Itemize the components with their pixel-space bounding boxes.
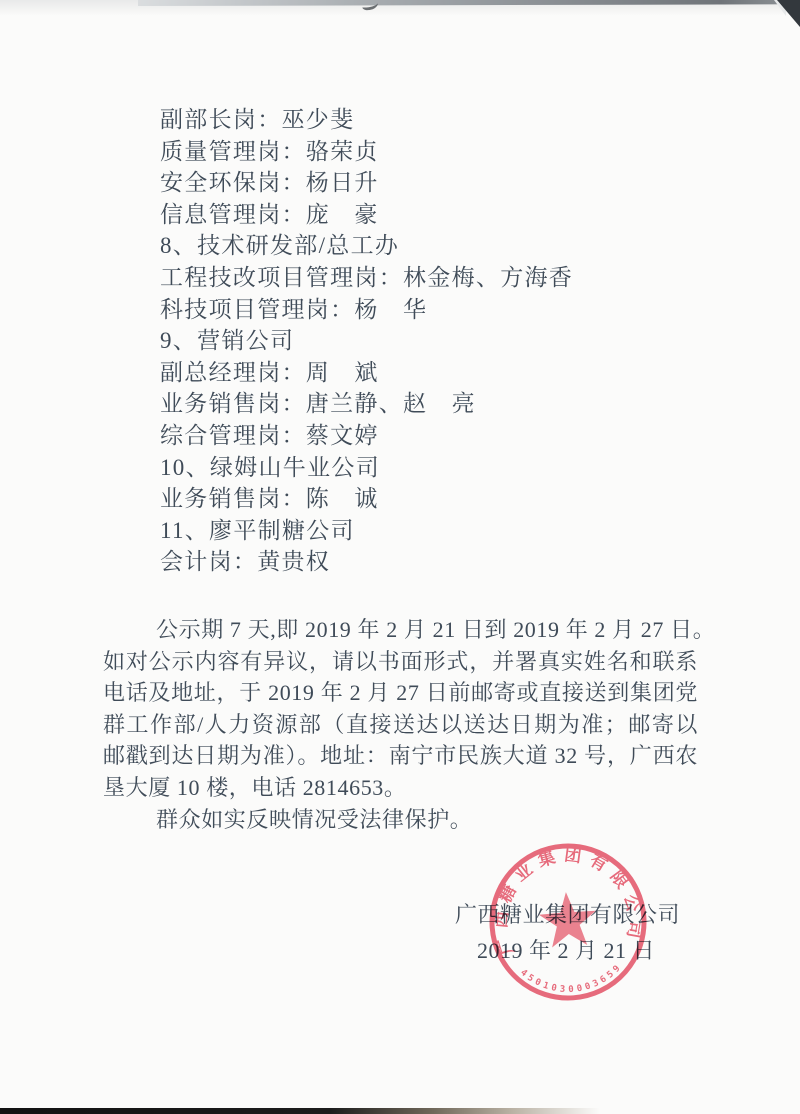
roster-line: 工程技改项目管理岗：林金梅、方海香 [160, 262, 573, 294]
roster-line: 副部长岗：巫少斐 [160, 104, 573, 136]
roster-line: 业务销售岗：陈 诚 [160, 483, 573, 515]
page-corner-fold [777, 0, 800, 27]
scanned-document-page: 副部长岗：巫少斐质量管理岗：骆荣贞安全环保岗：杨日升信息管理岗：庞 豪8、技术研… [0, 0, 800, 1114]
roster-line: 9、营销公司 [160, 325, 573, 357]
roster-line: 科技项目管理岗：杨 华 [160, 294, 573, 326]
notice-line: 电话及地址，于 2019 年 2 月 27 日前邮寄或直接送到集团党 [103, 677, 698, 709]
notice-line: 如对公示内容有异议，请以书面形式，并署真实姓名和联系 [103, 646, 698, 678]
seal-star-icon [537, 890, 598, 948]
roster-line: 安全环保岗：杨日升 [160, 167, 573, 199]
roster-line: 10、绿姆山牛业公司 [160, 452, 573, 484]
roster-line: 综合管理岗：蔡文婷 [160, 420, 573, 452]
notice-line: 垦大厦 10 楼，电话 2814653。 [103, 772, 698, 804]
roster-list: 副部长岗：巫少斐质量管理岗：骆荣贞安全环保岗：杨日升信息管理岗：庞 豪8、技术研… [160, 104, 573, 578]
notice-paragraph: 公示期 7 天,即 2019 年 2 月 21 日到 2019 年 2 月 27… [103, 614, 698, 835]
roster-line: 11、廖平制糖公司 [160, 515, 573, 547]
roster-line: 副总经理岗：周 斌 [160, 357, 573, 389]
roster-line: 会计岗：黄贵权 [160, 546, 573, 578]
roster-line: 质量管理岗：骆荣贞 [160, 136, 573, 168]
notice-line: 邮戳到达日期为准）。地址：南宁市民族大道 32 号，广西农 [103, 740, 698, 772]
official-seal: 广西糖业集团有限公司 4501030003659 [477, 831, 658, 1012]
notice-line: 公示期 7 天,即 2019 年 2 月 21 日到 2019 年 2 月 27… [103, 614, 698, 646]
roster-line: 8、技术研发部/总工办 [160, 230, 573, 262]
scan-edge-bottom [0, 1108, 600, 1114]
notice-line: 群众如实反映情况受法律保护。 [103, 804, 698, 836]
roster-line: 信息管理岗：庞 豪 [160, 199, 573, 231]
notice-line: 群工作部/人力资源部（直接送达以送达日期为准；邮寄以 [103, 709, 698, 741]
seal-serial-number: 4501030003659 [518, 961, 627, 999]
roster-line: 业务销售岗：唐兰静、赵 亮 [160, 388, 573, 420]
